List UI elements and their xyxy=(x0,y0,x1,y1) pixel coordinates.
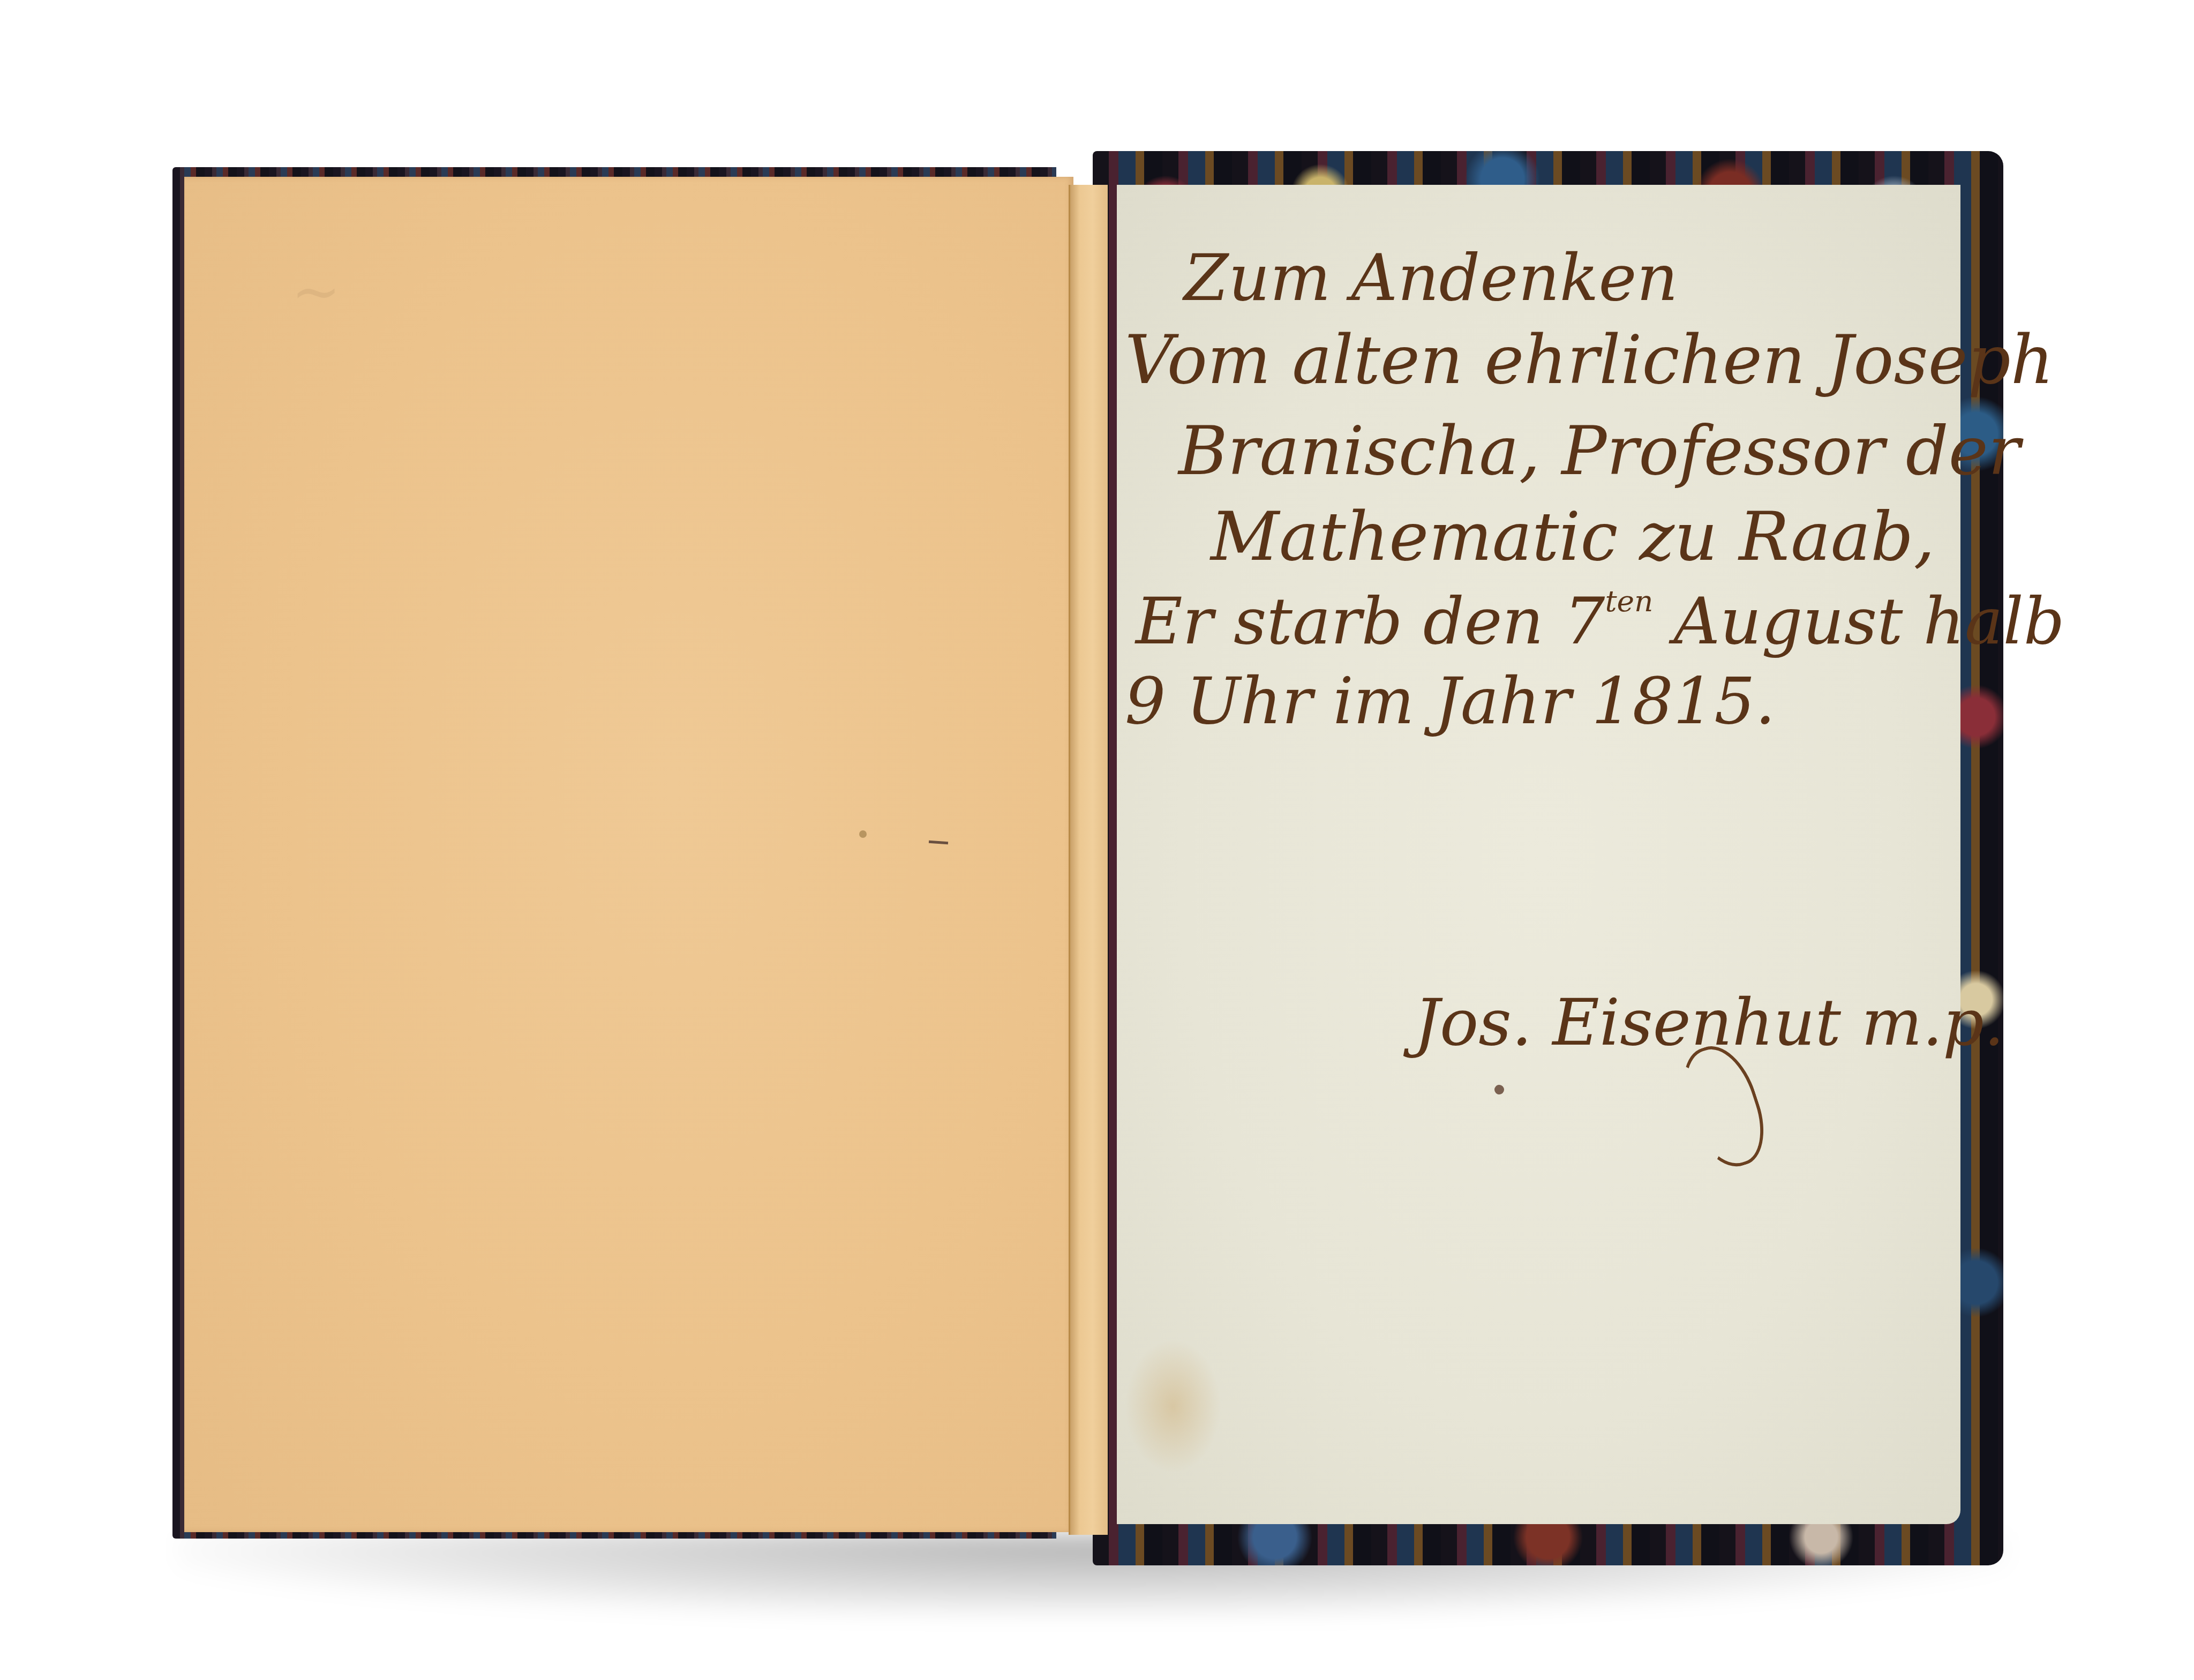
inscription-line-5: Er starb den 7ten August halb xyxy=(1136,584,2065,659)
inscription-line-6: 9 Uhr im Jahr 1815. xyxy=(1125,664,1776,739)
inscription-line-5-start: Er starb den 7 xyxy=(1136,584,1605,659)
inscription-line-4: Mathematic zu Raab, xyxy=(1211,498,1935,576)
book-gutter xyxy=(1069,185,1108,1535)
paper-mark xyxy=(929,841,948,844)
inscription-line-3: Branischa, Professor der xyxy=(1178,412,2020,490)
inscription-line-5-end: August halb xyxy=(1653,584,2064,659)
ink-dot xyxy=(1494,1085,1504,1094)
foxing-stain xyxy=(1125,1339,1221,1473)
ordinal-suffix: ten xyxy=(1605,584,1653,618)
left-endpaper: ~ xyxy=(184,177,1073,1532)
paper-speck xyxy=(859,830,867,838)
inscription-line-1: Zum Andenken xyxy=(1184,241,1678,316)
offset-ghost-mark: ~ xyxy=(291,257,341,326)
inscription-line-2: Vom alten ehrlichen Joseph xyxy=(1125,321,2054,399)
